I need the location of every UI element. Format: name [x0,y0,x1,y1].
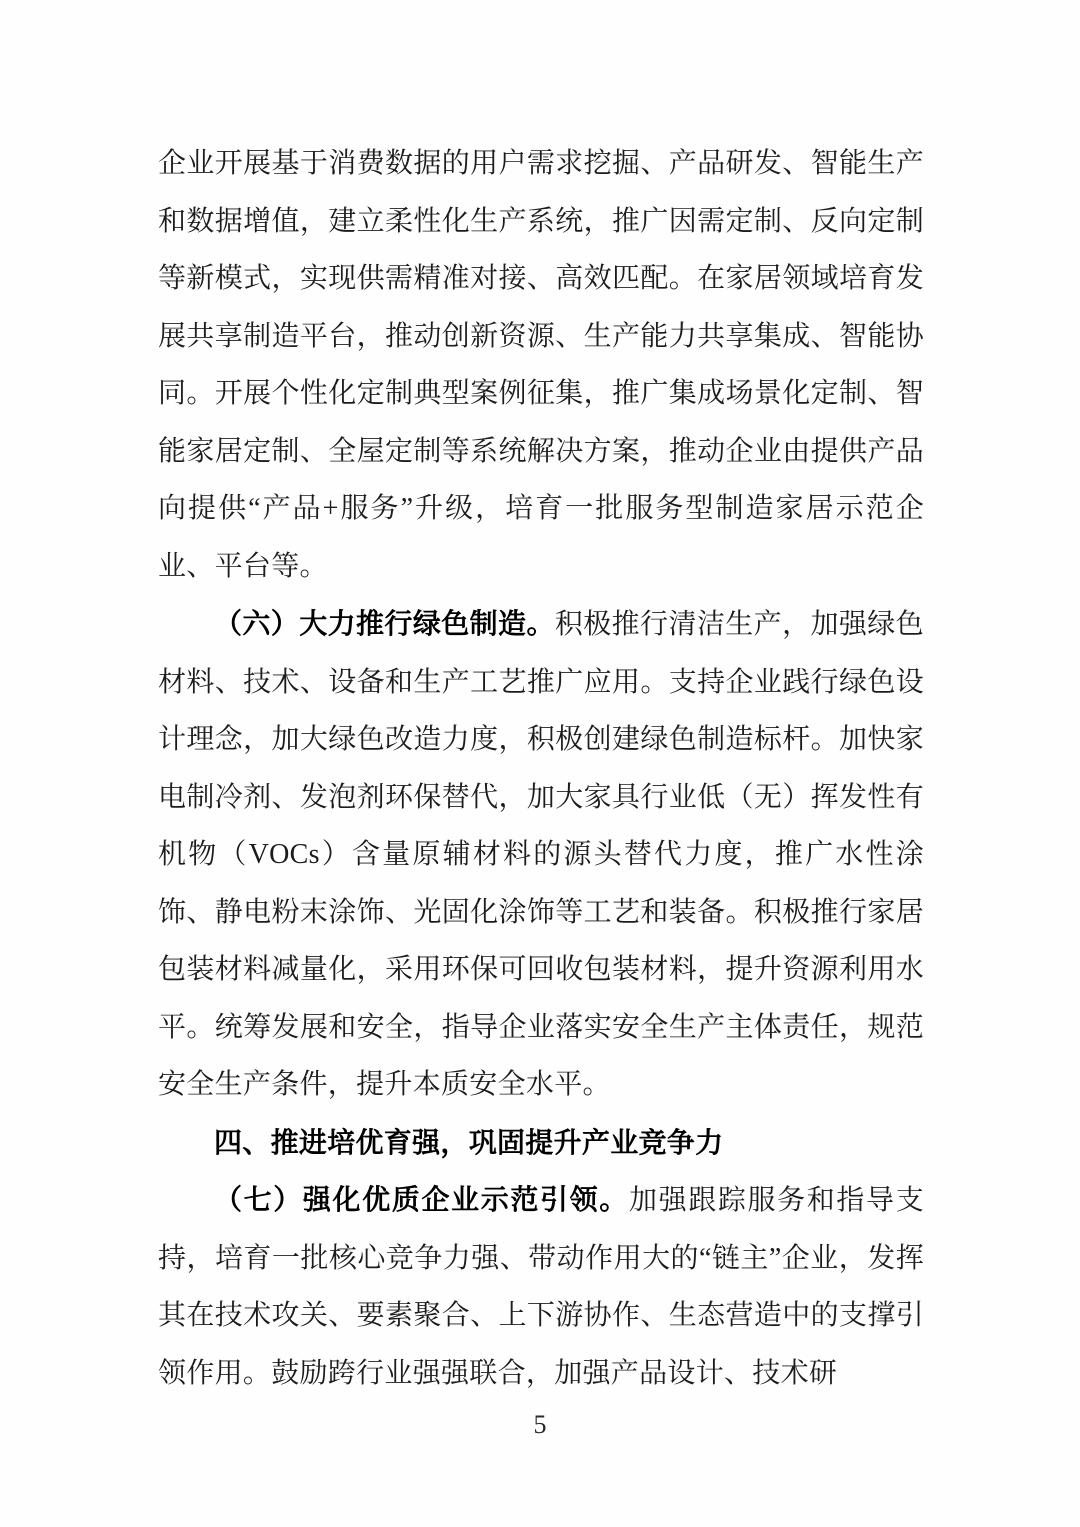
paragraph-text: 企业开展基于消费数据的用户需求挖掘、产品研发、智能生产和数据增值，建立柔性化生产… [158,148,924,582]
document-page: 企业开展基于消费数据的用户需求挖掘、产品研发、智能生产和数据增值，建立柔性化生产… [0,0,1080,1527]
paragraph-section-7: （七）强化优质企业示范引领。加强跟踪服务和指导支持，培育一批核心竞争力强、带动作… [158,1171,924,1402]
paragraph-lead-section-6: （六）大力推行绿色制造。 [214,608,555,639]
paragraph-continuation: 企业开展基于消费数据的用户需求挖掘、产品研发、智能生产和数据增值，建立柔性化生产… [158,135,924,595]
document-body: 企业开展基于消费数据的用户需求挖掘、产品研发、智能生产和数据增值，建立柔性化生产… [158,135,924,1402]
paragraph-lead-section-7: （七）强化优质企业示范引领。 [214,1184,629,1215]
section-heading-4: 四、推进培优育强，巩固提升产业竞争力 [158,1114,924,1172]
page-number: 5 [0,1405,1080,1445]
paragraph-text: 加强跟踪服务和指导支持，培育一批核心竞争力强、带动作用大的“链主”企业，发挥其在… [158,1185,924,1389]
paragraph-text: 积极推行清洁生产，加强绿色材料、技术、设备和生产工艺推广应用。支持企业践行绿色设… [158,609,924,1100]
paragraph-section-6: （六）大力推行绿色制造。积极推行清洁生产，加强绿色材料、技术、设备和生产工艺推广… [158,595,924,1114]
